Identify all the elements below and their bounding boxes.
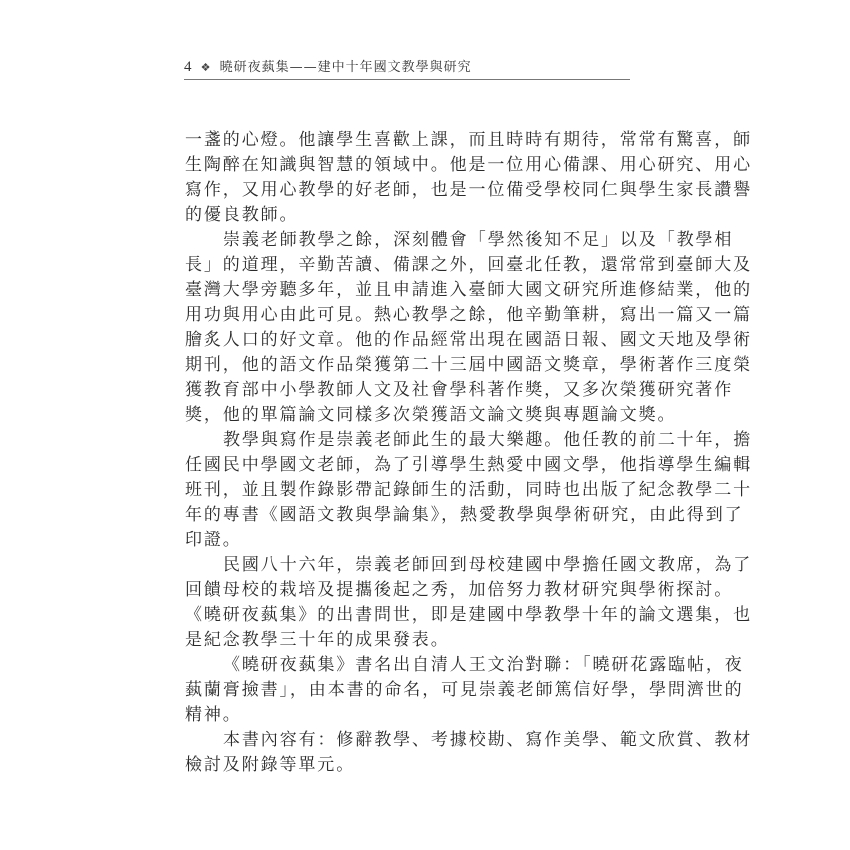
text-line: 期刊，他的語文作品榮獲第二十三屆中國語文獎章，學術著作三度榮 [185,353,631,378]
paragraph: 教學與寫作是崇義老師此生的最大樂趣。他任教的前二十年，擔 任國民中學國文老師，為… [185,428,631,553]
text-line: 崇義老師教學之餘，深刻體會「學然後知不足」以及「教學相 [185,228,631,253]
book-subtitle: 建中十年國文教學與研究 [318,60,472,75]
text-line: 長」的道理，辛勤苦讀、備課之外，回臺北任教，還常常到臺師大及 [185,253,631,278]
text-line: 獎，他的單篇論文同樣多次榮獲語文論文獎與專題論文獎。 [185,403,631,428]
text-line: 班刊，並且製作錄影帶記錄師生的活動，同時也出版了紀念教學二十 [185,478,631,503]
text-line: 《曉研夜蓺集》書名出自清人王文治對聯：「曉研花露臨帖，夜 [185,653,631,678]
text-line: 教學與寫作是崇義老師此生的最大樂趣。他任教的前二十年，擔 [185,428,631,453]
text-line: 本書內容有：修辭教學、考據校勘、寫作美學、範文欣賞、教材 [185,728,631,753]
book-title: 曉研夜蓺集 [220,60,290,75]
text-line: 印證。 [185,528,631,553]
text-line: 膾炙人口的好文章。他的作品經常出現在國語日報、國文天地及學術 [185,328,631,353]
title-dash: —— [290,60,318,75]
text-line: 精神。 [185,703,631,728]
paragraph: 一盞的心燈。他讓學生喜歡上課，而且時時有期待，常常有驚喜，師 生陶醉在知識與智慧… [185,128,631,228]
text-line: 回饋母校的栽培及提攜後起之秀，加倍努力教材研究與學術探討。 [185,578,631,603]
text-line: 的優良教師。 [185,203,631,228]
paragraph: 本書內容有：修辭教學、考據校勘、寫作美學、範文欣賞、教材 檢討及附錄等單元。 [185,728,631,778]
paragraph: 民國八十六年，崇義老師回到母校建國中學擔任國文教席，為了 回饋母校的栽培及提攜後… [185,553,631,653]
text-line: 蓺蘭膏撿書」，由本書的命名，可見崇義老師篤信好學，學問濟世的 [185,678,631,703]
text-line: 用功與用心由此可見。熱心教學之餘，他辛勤筆耕，寫出一篇又一篇 [185,303,631,328]
text-line: 一盞的心燈。他讓學生喜歡上課，而且時時有期待，常常有驚喜，師 [185,128,631,153]
text-line: 是紀念教學三十年的成果發表。 [185,628,631,653]
text-line: 臺灣大學旁聽多年，並且申請進入臺師大國文研究所進修結業，他的 [185,278,631,303]
text-line: 獲教育部中小學教師人文及社會學科著作獎，又多次榮獲研究著作 [185,378,631,403]
running-head: 4 ❖ 曉研夜蓺集——建中十年國文教學與研究 [184,59,630,76]
text-line: 《曉研夜蓺集》的出書問世，即是建國中學教學十年的論文選集，也 [185,603,631,628]
body-text: 一盞的心燈。他讓學生喜歡上課，而且時時有期待，常常有驚喜，師 生陶醉在知識與智慧… [185,128,631,778]
text-line: 年的專書《國語文教與學論集》，熱愛教學與學術研究，由此得到了 [185,503,631,528]
paragraph: 崇義老師教學之餘，深刻體會「學然後知不足」以及「教學相 長」的道理，辛勤苦讀、備… [185,228,631,428]
text-line: 生陶醉在知識與智慧的領域中。他是一位用心備課、用心研究、用心 [185,153,631,178]
text-line: 檢討及附錄等單元。 [185,753,631,778]
text-line: 民國八十六年，崇義老師回到母校建國中學擔任國文教席，為了 [185,553,631,578]
book-page: 4 ❖ 曉研夜蓺集——建中十年國文教學與研究 一盞的心燈。他讓學生喜歡上課，而且… [0,0,850,850]
ornament-icon: ❖ [201,61,212,74]
text-line: 寫作，又用心教學的好老師，也是一位備受學校同仁與學生家長讚譽 [185,178,631,203]
header-rule [184,79,630,80]
text-line: 任國民中學國文老師，為了引導學生熱愛中國文學，他指導學生編輯 [185,453,631,478]
page-number: 4 [184,59,193,75]
paragraph: 《曉研夜蓺集》書名出自清人王文治對聯：「曉研花露臨帖，夜 蓺蘭膏撿書」，由本書的… [185,653,631,728]
